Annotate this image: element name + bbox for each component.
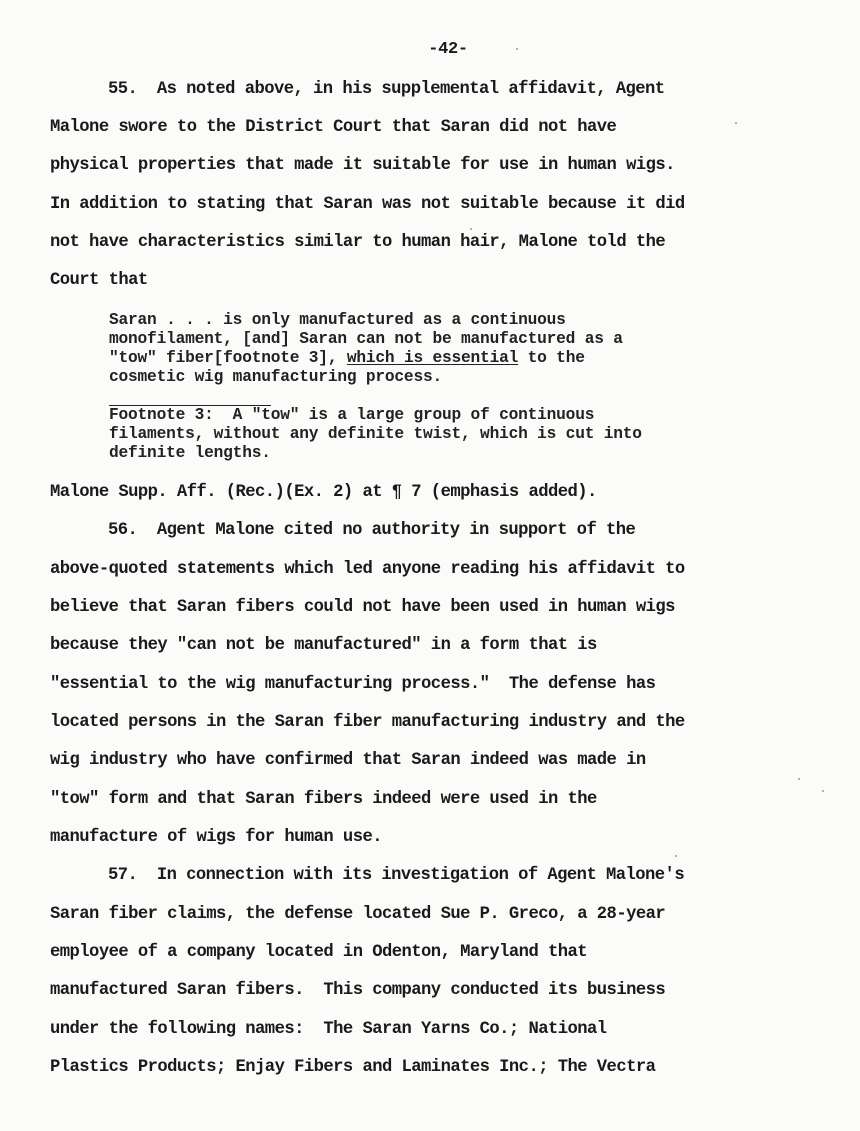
citation: Malone Supp. Aff. (Rec.)(Ex. 2) at ¶ 7 (… (50, 483, 597, 503)
scan-speck (516, 48, 518, 50)
footnote-line: filaments, without any definite twist, w… (109, 425, 642, 444)
paragraph-line: Saran fiber claims, the defense located … (50, 905, 665, 925)
paragraph-line: "essential to the wig manufacturing proc… (50, 675, 655, 695)
scan-speck (822, 790, 824, 792)
paragraph-line: physical properties that made it suitabl… (50, 156, 675, 176)
paragraph-line: above-quoted statements which led anyone… (50, 560, 685, 580)
paragraph-line: "tow" form and that Saran fibers indeed … (50, 790, 597, 810)
scan-speck (470, 228, 472, 230)
footnote-line: definite lengths. (109, 444, 271, 463)
paragraph-line: manufacture of wigs for human use. (50, 828, 382, 848)
footnote-line: Footnote 3: A "tow" is a large group of … (109, 406, 594, 425)
paragraph-line: wig industry who have confirmed that Sar… (50, 751, 646, 771)
paragraph-line: Plastics Products; Enjay Fibers and Lami… (50, 1058, 655, 1078)
paragraph-line: under the following names: The Saran Yar… (50, 1020, 607, 1040)
quote-line: Saran . . . is only manufactured as a co… (109, 311, 566, 330)
paragraph-line: located persons in the Saran fiber manuf… (50, 713, 685, 733)
paragraph-line: because they "can not be manufactured" i… (50, 636, 597, 656)
quote-text: to the (518, 349, 585, 367)
quote-line: monofilament, [and] Saran can not be man… (109, 330, 623, 349)
scan-speck (798, 778, 800, 780)
paragraph-line: 57. In connection with its investigation… (108, 866, 684, 886)
paragraph-line: In addition to stating that Saran was no… (50, 195, 685, 215)
emphasis-underline: which is essential (347, 349, 518, 367)
paragraph-line: not have characteristics similar to huma… (50, 233, 665, 253)
paragraph-line: employee of a company located in Odenton… (50, 943, 587, 963)
paragraph-line: Court that (50, 271, 148, 291)
quote-line: "tow" fiber[footnote 3], which is essent… (109, 349, 585, 368)
paragraph-line: believe that Saran fibers could not have… (50, 598, 675, 618)
scan-speck (675, 855, 677, 857)
paragraph-line: Malone swore to the District Court that … (50, 118, 616, 138)
page-number: -42- (0, 40, 860, 59)
quote-text: "tow" fiber[footnote 3], (109, 349, 347, 367)
paragraph-line: 55. As noted above, in his supplemental … (108, 80, 665, 100)
paragraph-line: 56. Agent Malone cited no authority in s… (108, 521, 635, 541)
paragraph-line: manufactured Saran fibers. This company … (50, 981, 665, 1001)
quote-line: cosmetic wig manufacturing process. (109, 368, 442, 387)
scan-speck (735, 122, 737, 124)
